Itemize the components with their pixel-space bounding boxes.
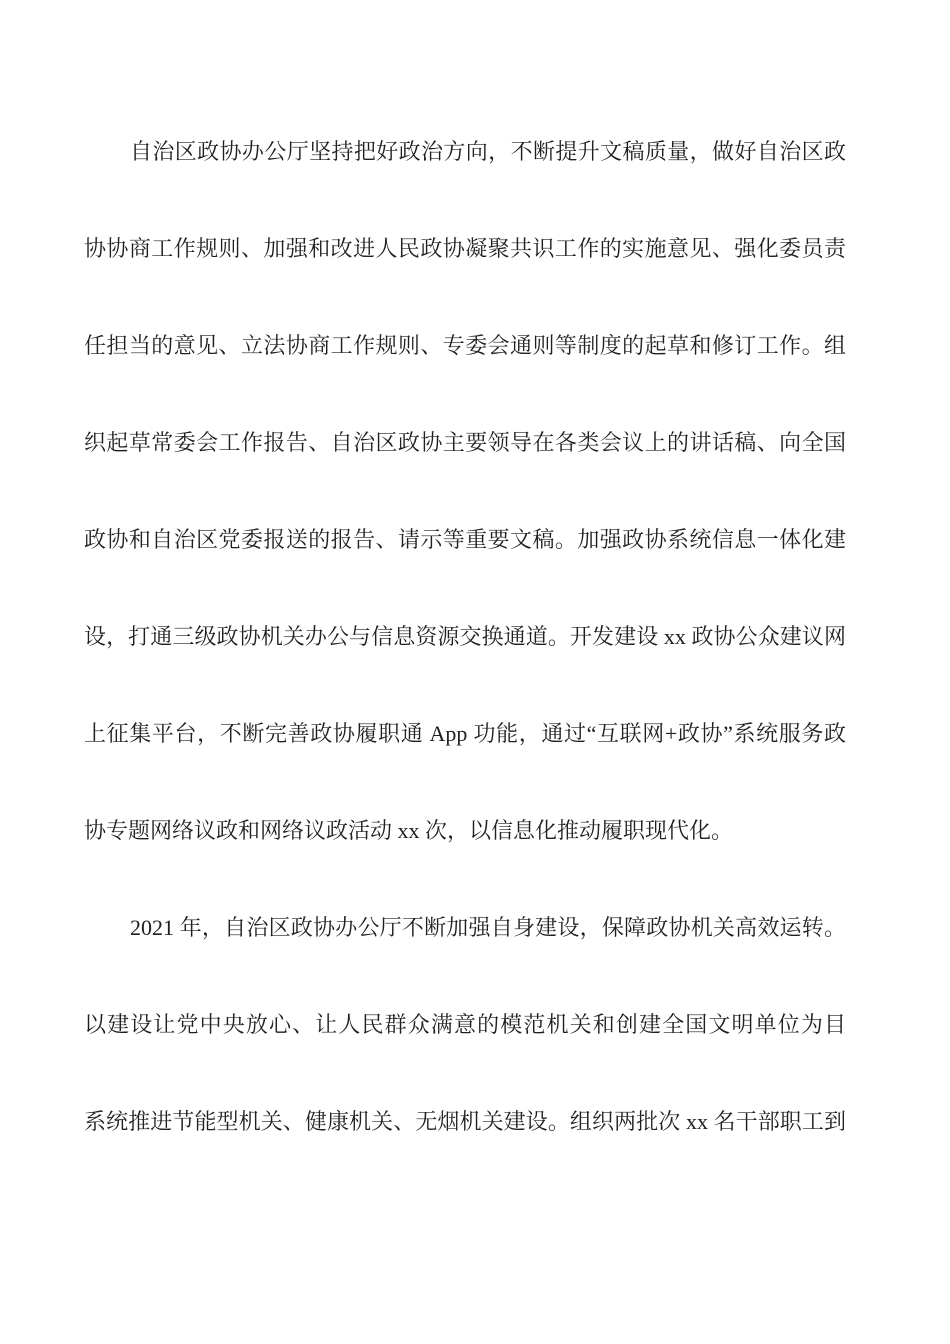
document-content: 自治区政协办公厅坚持把好政治方向，不断提升文稿质量，做好自治区政 协协商工作规则… (84, 103, 846, 1170)
document-line: 上征集平台，不断完善政协履职通 App 功能，通过“互联网+政协”系统服务政 (84, 685, 846, 782)
document-line: 任担当的意见、立法协商工作规则、专委会通则等制度的起草和修订工作。组 (84, 297, 846, 394)
document-line: 设，打通三级政协机关办公与信息资源交换通道。开发建设 xx 政协公众建议网 (84, 588, 846, 685)
document-line: 协专题网络议政和网络议政活动 xx 次，以信息化推动履职现代化。 (84, 782, 846, 879)
document-line: 协协商工作规则、加强和改进人民政协凝聚共识工作的实施意见、强化委员责 (84, 200, 846, 297)
document-page: 自治区政协办公厅坚持把好政治方向，不断提升文稿质量，做好自治区政 协协商工作规则… (0, 0, 950, 1344)
document-line: 系统推进节能型机关、健康机关、无烟机关建设。组织两批次 xx 名干部职工到 (84, 1073, 846, 1170)
document-line: 织起草常委会工作报告、自治区政协主要领导在各类会议上的讲话稿、向全国 (84, 394, 846, 491)
document-line: 政协和自治区党委报送的报告、请示等重要文稿。加强政协系统信息一体化建 (84, 491, 846, 588)
document-line: 2021 年，自治区政协办公厅不断加强自身建设，保障政协机关高效运转。 (84, 879, 846, 976)
paragraph-2: 2021 年，自治区政协办公厅不断加强自身建设，保障政协机关高效运转。 以建设让… (84, 879, 846, 1170)
paragraph-1: 自治区政协办公厅坚持把好政治方向，不断提升文稿质量，做好自治区政 协协商工作规则… (84, 103, 846, 879)
document-line: 自治区政协办公厅坚持把好政治方向，不断提升文稿质量，做好自治区政 (84, 103, 846, 200)
document-line: 以建设让党中央放心、让人民群众满意的模范机关和创建全国文明单位为目标， (84, 976, 846, 1073)
